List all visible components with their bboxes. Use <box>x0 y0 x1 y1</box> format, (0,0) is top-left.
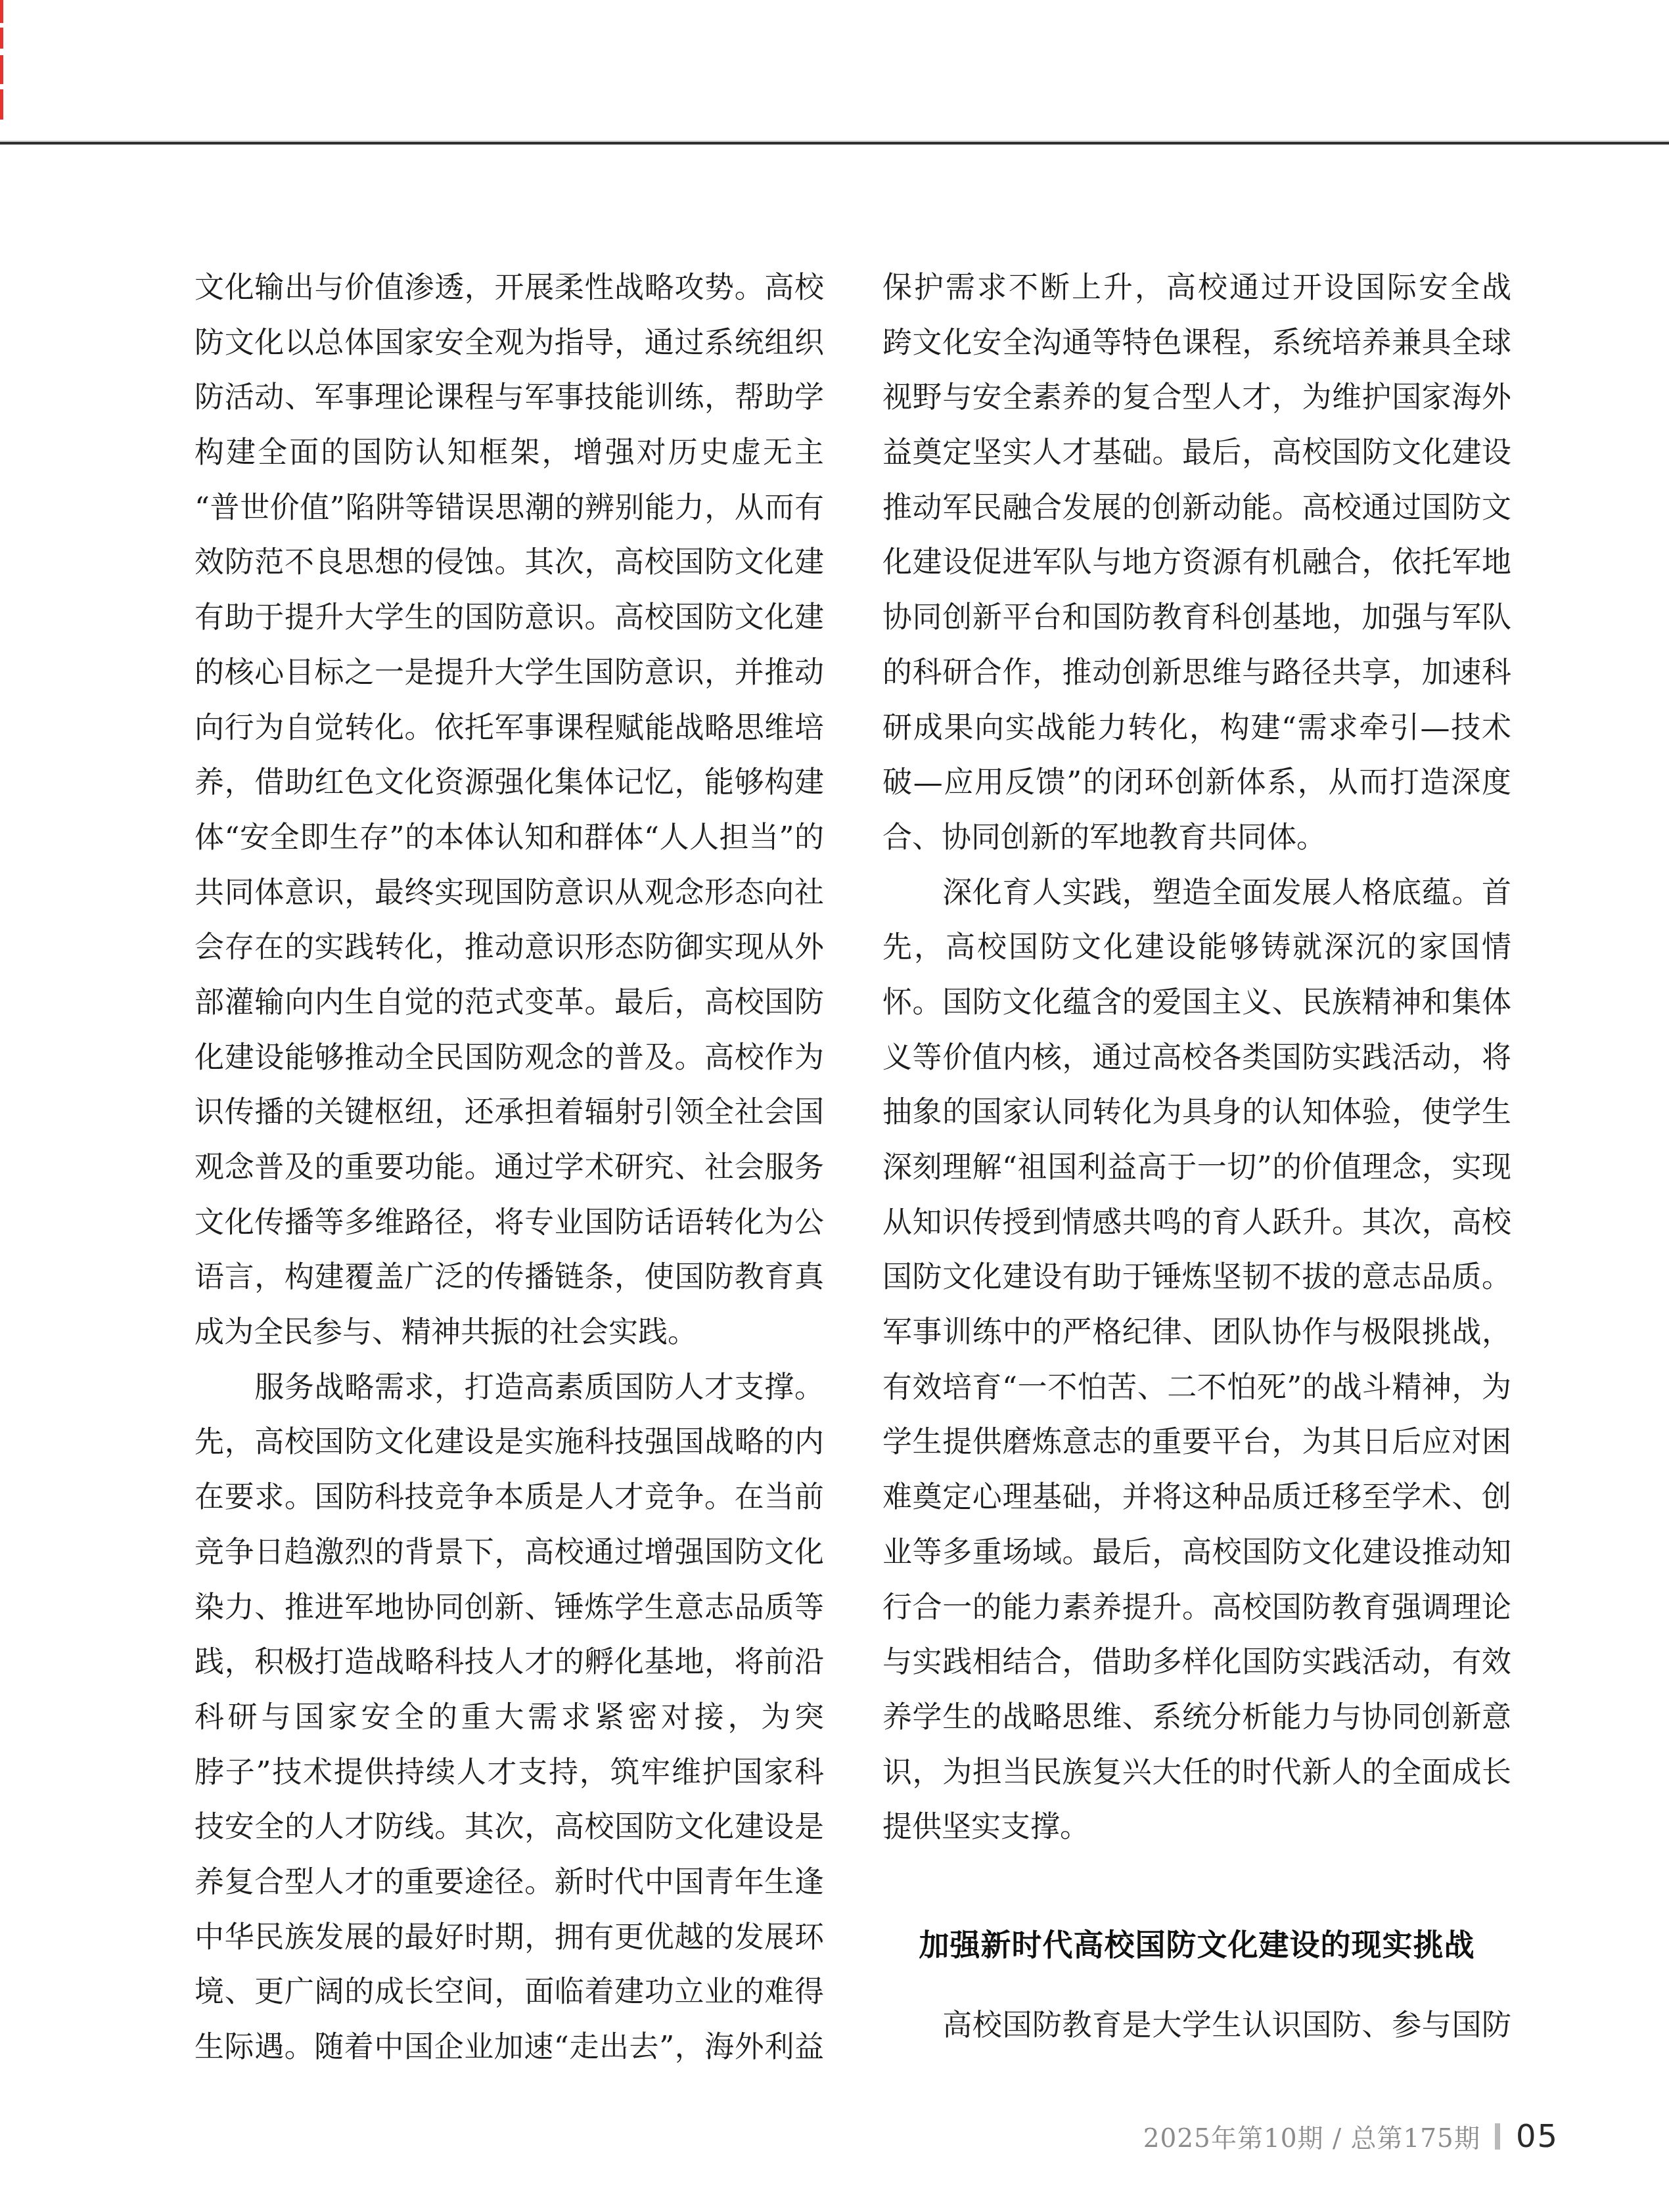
text-line: 中华民族发展的最好时期，拥有更优越的发展环 <box>194 1910 824 1965</box>
text-line: 脖子”技术提供持续人才支持，筑牢维护国家科 <box>194 1745 824 1800</box>
text-line: 部灌输向内生自觉的范式变革。最后，高校国防文 <box>194 975 824 1030</box>
text-line: 先，高校国防文化建设能够铸就深沉的家国情 <box>882 920 1511 975</box>
text-line: 从知识传授到情感共鸣的育人跃升。其次，高校 <box>882 1195 1511 1250</box>
text-line: 的科研合作，推动创新思维与路径共享，加速科 <box>882 645 1511 700</box>
text-line: 抽象的国家认同转化为具身的认知体验，使学生 <box>882 1085 1511 1140</box>
text-line: 跨文化安全沟通等特色课程，系统培养兼具全球 <box>882 315 1511 371</box>
text-line: 践，积极打造战略科技人才的孵化基地，将前沿 <box>194 1635 824 1690</box>
text-line: 军事训练中的严格纪律、团队协作与极限挑战， <box>882 1305 1511 1360</box>
text-line: 合、协同创新的军地教育共同体。 <box>882 810 1511 865</box>
text-line: 成为全民参与、精神共振的社会实践。 <box>194 1305 824 1360</box>
text-line: 益奠定坚实人才基础。最后，高校国防文化建设是 <box>882 425 1511 480</box>
text-line: 化建设促进军队与地方资源有机融合，依托军地 <box>882 535 1511 590</box>
text-line: 体“安全即生存”的本体认知和群体“人人担当”的 <box>194 810 824 865</box>
text-line: 技安全的人才防线。其次，高校国防文化建设是培 <box>194 1799 824 1855</box>
text-line: 文化传播等多维路径，将专业国防话语转化为公众 <box>194 1195 824 1250</box>
text-line: 科研与国家安全的重大需求紧密对接，为突破“卡 <box>194 1690 824 1745</box>
text-line: 推动军民融合发展的创新动能。高校通过国防文 <box>882 480 1511 535</box>
section-heading: 加强新时代高校国防文化建设的现实挑战 <box>882 1922 1511 1968</box>
page-edge-trim-mark <box>0 89 3 120</box>
text-line: 养学生的战略思维、系统分析能力与协同创新意 <box>882 1690 1511 1745</box>
text-line: 服务战略需求，打造高素质国防人才支撑。首 <box>194 1360 824 1415</box>
text-line: 视野与安全素养的复合型人才，为维护国家海外利 <box>882 370 1511 425</box>
text-line: 义等价值内核，通过高校各类国防实践活动，将 <box>882 1030 1511 1085</box>
text-line: 染力、推进军地协同创新、锤炼学生意志品质等实 <box>194 1580 824 1635</box>
text-line: 有助于提升大学生的国防意识。高校国防文化建设 <box>194 590 824 645</box>
footer-issue-info: 2025年第10期 / 总第175期 <box>1143 2118 1480 2155</box>
text-line: “普世价值”陷阱等错误思潮的辨别能力，从而有 <box>194 480 824 535</box>
text-line: 共同体意识，最终实现国防意识从观念形态向社 <box>194 865 824 920</box>
page-edge-trim-mark <box>0 28 3 49</box>
text-line: 先，高校国防文化建设是实施科技强国战略的内 <box>194 1414 824 1470</box>
text-line: 国防文化建设有助于锤炼坚韧不拔的意志品质。 <box>882 1250 1511 1305</box>
text-line: 文化输出与价值渗透，开展柔性战略攻势。高校国 <box>194 260 824 315</box>
text-line: 协同创新平台和国防教育科创基地，加强与军队 <box>882 590 1511 645</box>
header-rule-dark <box>0 142 1669 145</box>
text-line: 竞争日趋激烈的背景下，高校通过增强国防文化感 <box>194 1525 824 1580</box>
right-column-continued: 高校国防教育是大学生认识国防、参与国防 <box>882 1998 1511 2053</box>
text-line: 难奠定心理基础，并将这种品质迁移至学术、创 <box>882 1470 1511 1525</box>
text-line: 有效培育“一不怕苦、二不怕死”的战斗精神，为 <box>882 1360 1511 1415</box>
text-line: 向行为自觉转化。依托军事课程赋能战略思维培 <box>194 700 824 756</box>
text-line: 研成果向实战能力转化，构建“需求牵引—技术突 <box>882 700 1511 756</box>
page-edge-trim-mark <box>0 55 3 84</box>
text-line: 与实践相结合，借助多样化国防实践活动，有效培 <box>882 1635 1511 1690</box>
text-line: 防文化以总体国家安全观为指导，通过系统组织国 <box>194 315 824 371</box>
text-line: 效防范不良思想的侵蚀。其次，高校国防文化建设 <box>194 535 824 590</box>
text-line: 学生提供磨炼意志的重要平台，为其日后应对困 <box>882 1414 1511 1470</box>
text-line: 构建全面的国防认知框架，增强对历史虚无主义、 <box>194 425 824 480</box>
text-line: 观念普及的重要功能。通过学术研究、社会服务与 <box>194 1140 824 1195</box>
text-line: 生际遇。随着中国企业加速“走出去”，海外利益 <box>194 2020 824 2075</box>
text-line: 提供坚实支撑。 <box>882 1799 1511 1855</box>
text-line: 保护需求不断上升，高校通过开设国际安全战略、 <box>882 260 1511 315</box>
text-line: 深化育人实践，塑造全面发展人格底蕴。首 <box>882 865 1511 920</box>
text-line: 深刻理解“祖国利益高于一切”的价值理念，实现 <box>882 1140 1511 1195</box>
text-line: 在要求。国防科技竞争本质是人才竞争。在当前 <box>194 1470 824 1525</box>
text-line: 语言，构建覆盖广泛的传播链条，使国防教育真正 <box>194 1250 824 1305</box>
text-line: 识，为担当民族复兴大任的时代新人的全面成长 <box>882 1745 1511 1800</box>
text-line: 行合一的能力素养提升。高校国防教育强调理论 <box>882 1580 1511 1635</box>
footer: 2025年第10期 / 总第175期 05 <box>1143 2119 1559 2154</box>
left-column: 文化输出与价值渗透，开展柔性战略攻势。高校国 防文化以总体国家安全观为指导，通过… <box>194 260 824 2075</box>
page-edge-trim-mark <box>0 0 3 23</box>
text-line: 破—应用反馈”的闭环创新体系，从而打造深度融 <box>882 755 1511 810</box>
text-line: 防活动、军事理论课程与军事技能训练，帮助学生 <box>194 370 824 425</box>
text-line: 的核心目标之一是提升大学生国防意识，并推动其 <box>194 645 824 700</box>
text-line: 识传播的关键枢纽，还承担着辐射引领全社会国防 <box>194 1085 824 1140</box>
footer-page-number: 05 <box>1516 2118 1559 2155</box>
text-line: 会存在的实践转化，推动意识形态防御实现从外 <box>194 920 824 975</box>
magazine-page: 文化输出与价值渗透，开展柔性战略攻势。高校国 防文化以总体国家安全观为指导，通过… <box>0 0 1669 2212</box>
text-line: 化建设能够推动全民国防观念的普及。高校作为知 <box>194 1030 824 1085</box>
text-line: 养，借助红色文化资源强化集体记忆，能够构建个 <box>194 755 824 810</box>
right-column: 保护需求不断上升，高校通过开设国际安全战略、 跨文化安全沟通等特色课程，系统培养… <box>882 260 1511 1855</box>
footer-divider-bar <box>1495 2123 1500 2150</box>
text-line: 怀。国防文化蕴含的爱国主义、民族精神和集体主 <box>882 975 1511 1030</box>
text-line: 业等多重场域。最后，高校国防文化建设推动知 <box>882 1525 1511 1580</box>
text-line: 养复合型人才的重要途径。新时代中国青年生逢 <box>194 1855 824 1910</box>
text-line: 境、更广阔的成长空间，面临着建功立业的难得人 <box>194 1964 824 2020</box>
text-line: 高校国防教育是大学生认识国防、参与国防 <box>882 1998 1511 2053</box>
